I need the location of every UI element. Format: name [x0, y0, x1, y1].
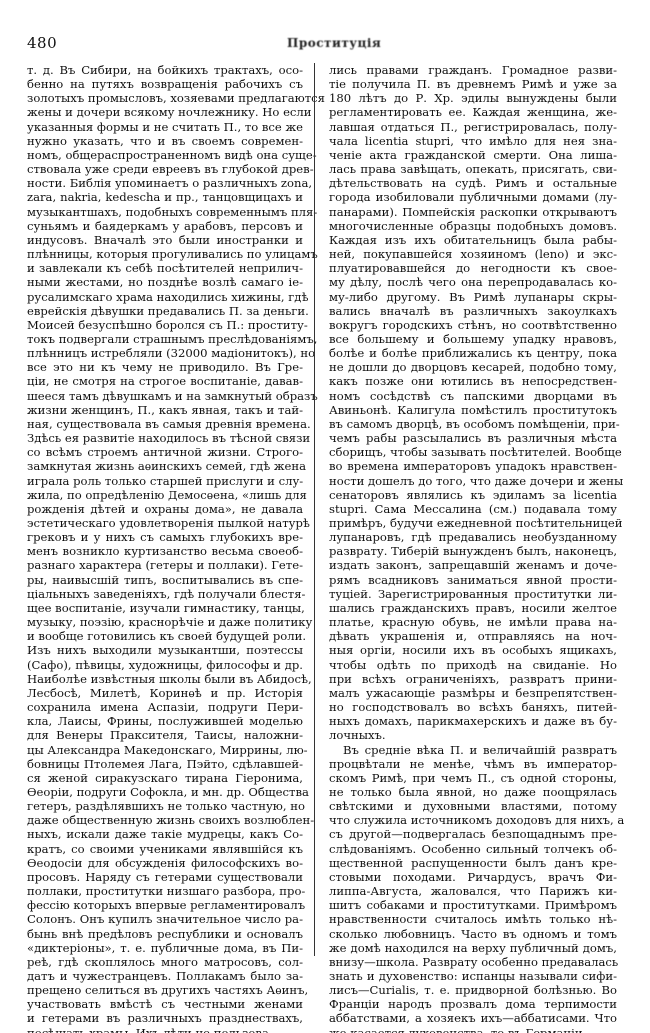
- text-line: Наиболѣе извѣстныя школы были въ Абидосѣ…: [27, 672, 303, 686]
- text-line: панарами). Помпейскія раскопки открывают…: [329, 205, 617, 219]
- text-line: знать и духовенство: испанцы называли си…: [329, 969, 617, 983]
- book-page: 480 Проституція т. д. Въ Сибири, на бойк…: [0, 0, 650, 1033]
- text-line: Солонъ. Онъ купилъ значительное число ра…: [27, 912, 303, 926]
- text-line: разнаго характера (гетеры и поллаки). Ге…: [27, 558, 303, 572]
- text-line: «диктеріоны», т. е. публичные дома, въ П…: [27, 941, 303, 955]
- text-line: что служила источникомъ доходовъ для них…: [329, 813, 617, 827]
- text-line: многочисленные образцы подобныхъ домовъ.: [329, 219, 617, 233]
- text-line: музыку, поэзію, краснорѣчіе и даже полит…: [27, 615, 303, 629]
- text-line: лупанаровъ, гдѣ предавались необузданном…: [329, 530, 617, 544]
- text-line: бовницы Птолемея Лага, Пэйто, сдѣлавшей-: [27, 757, 303, 771]
- text-line: лисъ—Curialis, т. е. придворной болѣзнью…: [329, 983, 617, 997]
- text-line: кратъ, со своими учениками являвшійся къ: [27, 842, 303, 856]
- text-line: тіе получила П. въ древнемъ Римѣ и уже з…: [329, 77, 617, 91]
- text-line: zara, nakria, kedescha и пр., танцовщица…: [27, 190, 303, 204]
- text-line: Изъ нихъ выходили музыкантши, поэтессы: [27, 643, 303, 657]
- text-line: плѣнницы, которыя прогуливались по улица…: [27, 247, 303, 261]
- text-line: Моисей безуспѣшно боролся съ П.: простит…: [27, 318, 303, 332]
- text-line: ныя оргіи, носили ихъ въ особыхъ ящикахъ…: [329, 643, 617, 657]
- text-line: рожденія дѣтей и охраны дома», не давала: [27, 502, 303, 516]
- text-line: туціей. Зарегистрированныя проститутки л…: [329, 587, 617, 601]
- text-line: менъ возникло куртизанство весьма своеоб…: [27, 544, 303, 558]
- column-divider: [314, 63, 315, 956]
- text-line: не только была явной, но даже поощрялась: [329, 785, 617, 799]
- text-line: разврату. Тиберій вынужденъ былъ, наконе…: [329, 544, 617, 558]
- text-line: шееся тамъ дѣвушкамъ и на замкнутый обра…: [27, 389, 303, 403]
- text-line: Въ средніе вѣка П. и величайшій развратъ: [329, 743, 617, 757]
- text-line: ся женой сиракузскаго тирана Гіеронима,: [27, 771, 303, 785]
- text-line: эстетическаго удовлетворенія пылкой нату…: [27, 516, 303, 530]
- text-line: ности дошелъ до того, что даже дочери и …: [329, 474, 617, 488]
- text-line: замкнутая жизнь аѳинскихъ семей, гдѣ жен…: [27, 459, 303, 473]
- text-line: (Сафо), пѣвицы, художницы, философы и др…: [27, 658, 303, 672]
- text-line: издать законъ, запрещавшій женамъ и доче…: [329, 558, 617, 572]
- text-line: съ другой—подвергалась безпощаднымъ пре-: [329, 827, 617, 841]
- text-line: липпа-Августа, жаловался, что Парижъ ки-: [329, 884, 617, 898]
- text-line: дѣтельствовать на судѣ. Римъ и остальные: [329, 176, 617, 190]
- text-line: плуатировавшейся до негодности къ свое-: [329, 261, 617, 275]
- text-line: лась права завѣщать, опекать, присягать,…: [329, 162, 617, 176]
- text-line: жизни женщинъ, П., какъ явная, такъ и та…: [27, 403, 303, 417]
- text-line: свѣтскими и духовными властями, потому: [329, 799, 617, 813]
- text-line: грековъ и у нихъ съ самыхъ глубокихъ вре…: [27, 530, 303, 544]
- left-column: т. д. Въ Сибири, на бойкихъ трактахъ, ос…: [27, 63, 303, 1033]
- text-line: плѣнницъ истребляли (32000 мадіонитокъ),…: [27, 346, 303, 360]
- text-line: суньямъ и баядеркамъ у арабовъ, персовъ …: [27, 219, 303, 233]
- text-line: золотыхъ промысловъ, хозяевами предлагаю…: [27, 91, 303, 105]
- text-line: со всѣмъ строемъ античной жизни. Строго-: [27, 445, 303, 459]
- text-line: русалимскаго храма находились хижины, гд…: [27, 290, 303, 304]
- text-line: музыкантшахъ, подобныхъ современнымъ пля…: [27, 205, 303, 219]
- text-line: но господствовалъ во всѣхъ баняхъ, питей…: [329, 700, 617, 714]
- text-line: ныхъ, искали даже такіе мудрецы, какъ Со…: [27, 827, 303, 841]
- text-line: даже общественную жизнь своихъ возлюблен…: [27, 813, 303, 827]
- text-line: кла, Лаисы, Фрины, послужившей моделью: [27, 714, 303, 728]
- text-line: и завлекали къ себѣ посѣтителей неприлич…: [27, 261, 303, 275]
- text-line: ціи, не смотря на строгое воспитаніе, да…: [27, 374, 303, 388]
- text-line: ченіе акта гражданской смерти. Она лиша-: [329, 148, 617, 162]
- text-line: stupri. Сама Мессалина (см.) подавала то…: [329, 502, 617, 516]
- text-line: Ѳеодосіи для обсужденія философскихъ во-: [27, 856, 303, 870]
- text-line: ными жестами, но позднѣе возлѣ самаго іе…: [27, 275, 303, 289]
- text-line: стовыми походами. Ричардусъ, врачъ Фи-: [329, 870, 617, 884]
- text-line: бынь внѣ предѣловъ республики и основалъ: [27, 927, 303, 941]
- text-line: цы Александра Македонскаго, Миррины, лю-: [27, 743, 303, 757]
- page-number: 480: [27, 34, 57, 52]
- text-line: вались вначалѣ въ различныхъ закоулкахъ: [329, 304, 617, 318]
- text-line: примѣръ, будучи ежедневной посѣтительниц…: [329, 516, 617, 530]
- text-line: ныхъ домахъ, парикмахерскихъ и даже въ б…: [329, 714, 617, 728]
- text-line: сенаторовъ являлись къ эдиламъ за licent…: [329, 488, 617, 502]
- text-line: аббатствами, а хозяекъ ихъ—аббатисами. Ч…: [329, 1011, 617, 1025]
- text-line: сохранила имена Аспазіи, подруги Пери-: [27, 700, 303, 714]
- text-line: же домѣ находился на верху публичный дом…: [329, 941, 617, 955]
- text-line: для Венеры Праксителя, Таисы, наложни-: [27, 728, 303, 742]
- text-line: скомъ Римѣ, при чемъ П., съ одной сторон…: [329, 771, 617, 785]
- text-line: нужно указать, что и въ своемъ современ-: [27, 134, 303, 148]
- text-line: токъ подвергали страшнымъ преслѣдованіям…: [27, 332, 303, 346]
- text-line: все большему и большему упадку нравовъ,: [329, 332, 617, 346]
- text-line: лочныхъ.: [329, 728, 617, 742]
- text-line: реѣ, гдѣ скоплялось много матросовъ, сол…: [27, 955, 303, 969]
- text-line: Авиньонѣ. Калигула помѣстилъ проституток…: [329, 403, 617, 417]
- text-line: му дѣлу, послѣ чего она перепродавалась …: [329, 275, 617, 289]
- text-line: Каждая изъ ихъ обитательницъ была рабы-: [329, 233, 617, 247]
- text-line: чемъ рабы разсылались въ различныя мѣста: [329, 431, 617, 445]
- text-line: въ самомъ дворцѣ, въ особомъ помѣщеніи, …: [329, 417, 617, 431]
- text-line: шитъ собаками и проститутками. Примѣромъ: [329, 898, 617, 912]
- text-line: слѣдованіямъ. Особенно сильный толчекъ о…: [329, 842, 617, 856]
- page-header: 480 Проституція: [27, 34, 627, 54]
- text-line: Лесбосѣ, Милетѣ, Коринѳѣ и пр. Исторія: [27, 686, 303, 700]
- text-line: ней, покупавшейся хозяиномъ (leno) и экс…: [329, 247, 617, 261]
- text-line: ціальныхъ заведеніяхъ, гдѣ получали блес…: [27, 587, 303, 601]
- text-line: играла роль только старшей прислуги и сл…: [27, 474, 303, 488]
- text-line: сколько любовницъ. Часто въ одномъ и том…: [329, 927, 617, 941]
- text-line: чтобы одѣть по приходѣ на свиданіе. Но: [329, 658, 617, 672]
- text-line: сборищъ, чтобы зазывать посѣтителей. Воо…: [329, 445, 617, 459]
- text-line: указанныя формы и не считать П., то все …: [27, 120, 303, 134]
- text-line: ствовала уже среди евреевъ въ глубокой д…: [27, 162, 303, 176]
- text-line: внизу—школа. Разврату особенно предавала…: [329, 955, 617, 969]
- text-line: же касается духовенства, то въ Германіи: [329, 1026, 617, 1033]
- text-line: малъ ужасающіе размѣры и безпрепятствен-: [329, 686, 617, 700]
- text-line: ная, существовала въ самыя древнія време…: [27, 417, 303, 431]
- text-line: бенно на путяхъ возвращенія рабочихъ съ: [27, 77, 303, 91]
- text-line: номъ, общераспространенномъ видѣ она сущ…: [27, 148, 303, 162]
- text-line: рямъ всадниковъ заниматься явной прости-: [329, 573, 617, 587]
- text-line: чала licentia stupri, что имѣло для нея …: [329, 134, 617, 148]
- text-line: шались гражданскихъ правъ, носили желтое: [329, 601, 617, 615]
- text-line: поллаки, проститутки низшаго разбора, пр…: [27, 884, 303, 898]
- text-line: регламентировать ее. Каждая женщина, же-: [329, 105, 617, 119]
- text-line: ности. Библія упоминаетъ о различныхъ zo…: [27, 176, 303, 190]
- text-line: щественной распущенности былъ данъ кре-: [329, 856, 617, 870]
- text-line: участвовать вмѣстѣ съ честными женами: [27, 997, 303, 1011]
- text-line: Франціи народъ прозвалъ дома терпимости: [329, 997, 617, 1011]
- right-column: лись правами гражданъ. Громадное разви-т…: [329, 63, 617, 1033]
- text-line: нравственности считалось имѣть только нѣ…: [329, 912, 617, 926]
- text-line: не дошли до дворцовъ кесарей, подобно то…: [329, 360, 617, 374]
- text-line: города изобиловали публичными домами (лу…: [329, 190, 617, 204]
- text-line: 180 лѣтъ до Р. Хр. эдилы вынуждены были: [329, 91, 617, 105]
- text-line: и вообще готовились къ своей будущей рол…: [27, 629, 303, 643]
- text-line: му-либо другому. Въ Римѣ лупанары скры-: [329, 290, 617, 304]
- text-line: ры, наивысшій типъ, воспитывались въ спе…: [27, 573, 303, 587]
- text-line: платье, красную обувь, не имѣли права на…: [329, 615, 617, 629]
- text-line: какъ позже они ютились въ непосредствен-: [329, 374, 617, 388]
- text-line: во времена императоровъ упадокъ нравстве…: [329, 459, 617, 473]
- text-line: еврейскія дѣвушки предавались П. за день…: [27, 304, 303, 318]
- running-head: Проституція: [287, 36, 381, 50]
- text-line: лись правами гражданъ. Громадное разви-: [329, 63, 617, 77]
- text-line: лавшая отдаться П., регистрировалась, по…: [329, 120, 617, 134]
- text-line: прещено селиться въ другихъ частяхъ Аѳин…: [27, 983, 303, 997]
- text-line: жены и дочери всякому ночлежнику. Но есл…: [27, 105, 303, 119]
- text-line: все это ни къ чему не приводило. Въ Гре-: [27, 360, 303, 374]
- text-line: фессію которыхъ впервые регламентировалъ: [27, 898, 303, 912]
- text-line: и гетерами въ различныхъ празднествахъ,: [27, 1011, 303, 1025]
- text-line: номъ сосѣдствѣ съ папскими дворцами въ: [329, 389, 617, 403]
- text-line: датъ и чужестранцевъ. Поллакамъ было за-: [27, 969, 303, 983]
- text-line: просовъ. Наряду съ гетерами существовали: [27, 870, 303, 884]
- text-line: гетеръ, раздѣлявшихъ не только частную, …: [27, 799, 303, 813]
- text-line: индусовъ. Вначалѣ это были иностранки и: [27, 233, 303, 247]
- text-line: процвѣтали не менѣе, чѣмъ въ император-: [329, 757, 617, 771]
- text-line: Здѣсь ея развитіе находилось въ тѣсной с…: [27, 431, 303, 445]
- text-line: щее воспитаніе, изучали гимнастику, танц…: [27, 601, 303, 615]
- text-line: т. д. Въ Сибири, на бойкихъ трактахъ, ос…: [27, 63, 303, 77]
- text-line: посѣщать храмы. Ихъ дѣти не пользова-: [27, 1026, 303, 1033]
- text-line: вокругъ городскихъ стѣнъ, но соотвѣтстве…: [329, 318, 617, 332]
- text-line: Ѳеоріи, подруги Софокла, и мн. др. Общес…: [27, 785, 303, 799]
- text-line: болѣе и болѣе приближались къ центру, по…: [329, 346, 617, 360]
- text-line: жила, по опредѣленію Демосѳена, «лишь дл…: [27, 488, 303, 502]
- text-line: дѣвать украшенія и, отправляясь на ноч-: [329, 629, 617, 643]
- text-line: при всѣхъ ограниченіяхъ, развратъ прини-: [329, 672, 617, 686]
